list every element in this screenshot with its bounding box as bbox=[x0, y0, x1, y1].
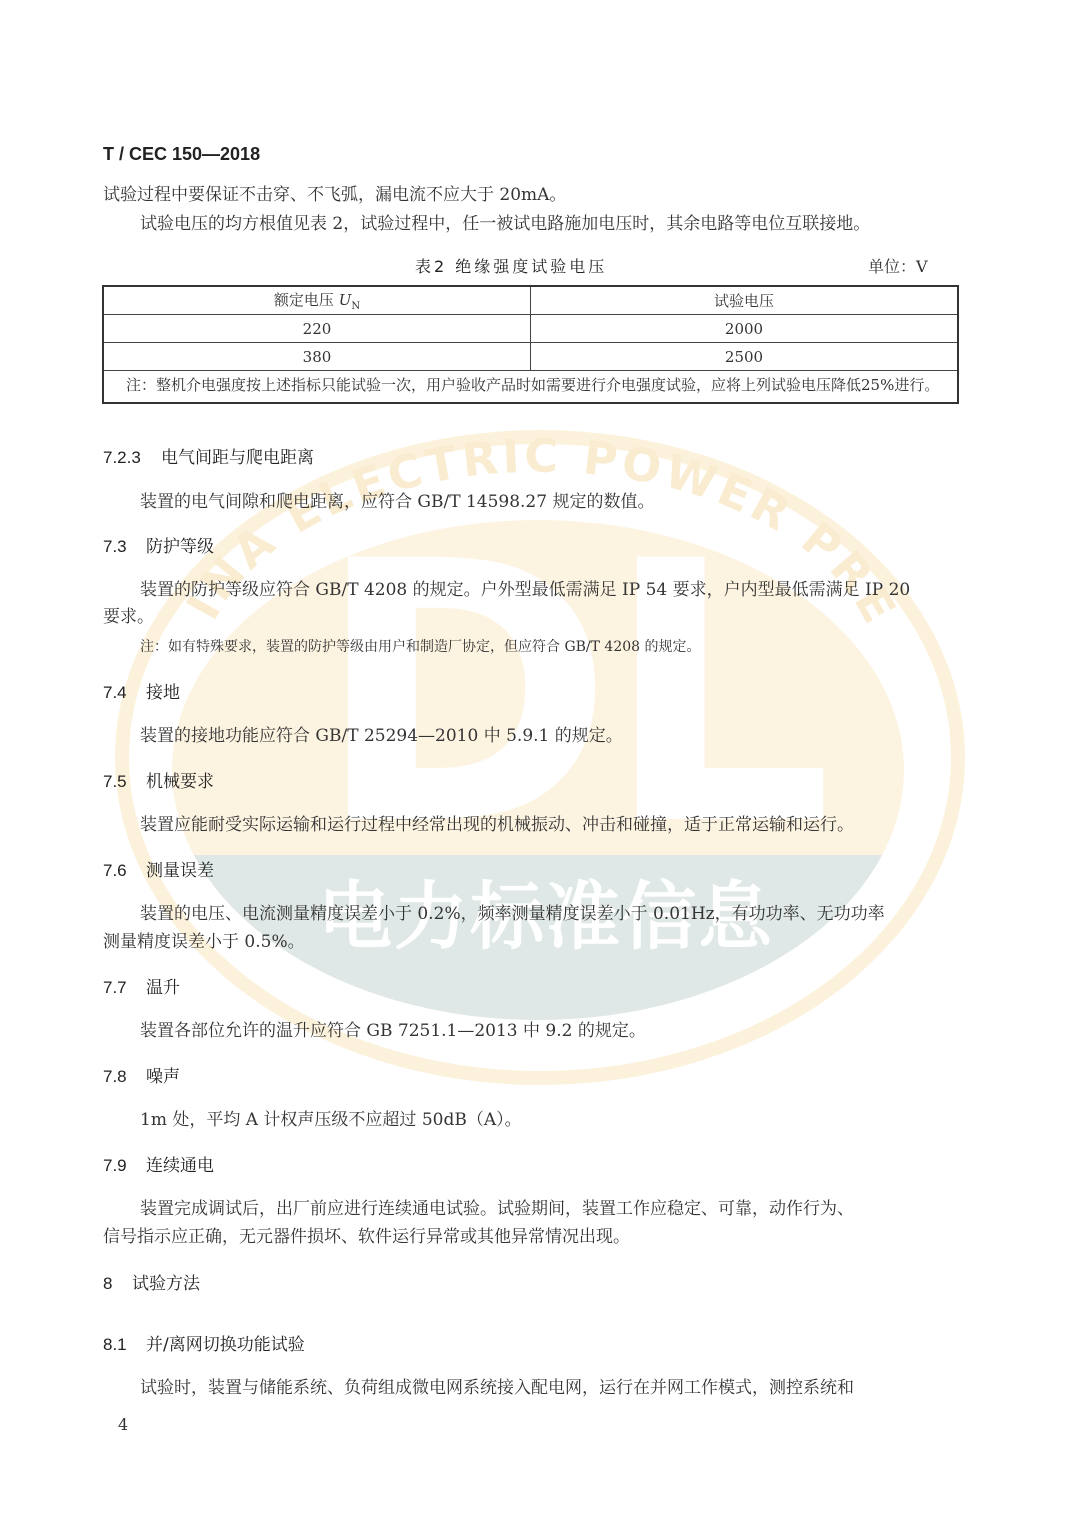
cell-rated: 380 bbox=[103, 343, 531, 371]
table-row: 380 2500 bbox=[103, 343, 958, 371]
section-body-7-8: 1m 处，平均 A 计权声压级不应超过 50dB（A）。 bbox=[140, 1109, 522, 1131]
intro-line-2: 试验电压的均方根值见表 2，试验过程中，任一被试电路施加电压时，其余电路等电位互… bbox=[140, 213, 870, 235]
section-body-7-9-line2: 信号指示应正确，无元器件损坏、软件运行异常或其他异常情况出现。 bbox=[103, 1226, 630, 1248]
section-body-8-1: 试验时，装置与储能系统、负荷组成微电网系统接入配电网，运行在并网工作模式，测控系… bbox=[140, 1377, 854, 1399]
page-number: 4 bbox=[118, 1414, 128, 1436]
section-body-7-4: 装置的接地功能应符合 GB/T 25294—2010 中 5.9.1 的规定。 bbox=[140, 725, 623, 747]
section-heading-8: 8试验方法 bbox=[103, 1273, 200, 1295]
insulation-voltage-table: 额定电压 UN 试验电压 220 2000 380 2500 注：整机介电强度按… bbox=[102, 285, 959, 404]
table-note-row: 注：整机介电强度按上述指标只能试验一次，用户验收产品时如需要进行介电强度试验，应… bbox=[103, 371, 958, 404]
section-heading-7-5: 7.5机械要求 bbox=[103, 771, 214, 793]
section-body-7-6-line2: 测量精度误差小于 0.5%。 bbox=[103, 931, 305, 953]
intro-line-1: 试验过程中要保证不击穿、不飞弧，漏电流不应大于 20mA。 bbox=[103, 184, 566, 206]
section-body-7-5: 装置应能耐受实际运输和运行过程中经常出现的机械振动、冲击和碰撞，适于正常运输和运… bbox=[140, 814, 854, 836]
header-rated-voltage: 额定电压 UN bbox=[103, 286, 531, 315]
section-heading-7-4: 7.4接地 bbox=[103, 682, 180, 704]
section-body-7-3-line2: 要求。 bbox=[103, 606, 154, 628]
table-unit: 单位：V bbox=[868, 256, 928, 278]
document-code: T / CEC 150—2018 bbox=[103, 143, 260, 165]
section-heading-7-7: 7.7温升 bbox=[103, 977, 180, 999]
section-heading-7-6: 7.6测量误差 bbox=[103, 860, 214, 882]
cell-test: 2500 bbox=[531, 343, 959, 371]
section-heading-7-8: 7.8噪声 bbox=[103, 1066, 180, 1088]
table-note: 注：整机介电强度按上述指标只能试验一次，用户验收产品时如需要进行介电强度试验，应… bbox=[103, 371, 958, 404]
cell-test: 2000 bbox=[531, 315, 959, 343]
section-body-7-2-3: 装置的电气间隙和爬电距离，应符合 GB/T 14598.27 规定的数值。 bbox=[140, 491, 654, 513]
section-heading-7-3: 7.3防护等级 bbox=[103, 536, 214, 558]
section-body-7-7: 装置各部位允许的温升应符合 GB 7251.1—2013 中 9.2 的规定。 bbox=[140, 1020, 646, 1042]
section-heading-8-1: 8.1并/离网切换功能试验 bbox=[103, 1334, 305, 1356]
section-heading-7-9: 7.9连续通电 bbox=[103, 1155, 214, 1177]
table-row: 220 2000 bbox=[103, 315, 958, 343]
section-body-7-6-line1: 装置的电压、电流测量精度误差小于 0.2%，频率测量精度误差小于 0.01Hz，… bbox=[140, 903, 885, 925]
watermark-outer-ring bbox=[115, 430, 965, 1085]
section-heading-7-2-3: 7.2.3电气间距与爬电距离 bbox=[103, 447, 314, 469]
table-header-row: 额定电压 UN 试验电压 bbox=[103, 286, 958, 315]
section-body-7-9-line1: 装置完成调试后，出厂前应进行连续通电试验。试验期间，装置工作应稳定、可靠，动作行… bbox=[140, 1198, 854, 1220]
cell-rated: 220 bbox=[103, 315, 531, 343]
table-caption: 表2 绝缘强度试验电压 bbox=[415, 256, 607, 278]
section-body-7-3-line1: 装置的防护等级应符合 GB/T 4208 的规定。户外型最低需满足 IP 54 … bbox=[140, 579, 910, 601]
section-note-7-3: 注：如有特殊要求，装置的防护等级由用户和制造厂协定，但应符合 GB/T 4208… bbox=[140, 636, 701, 658]
header-test-voltage: 试验电压 bbox=[531, 286, 959, 315]
